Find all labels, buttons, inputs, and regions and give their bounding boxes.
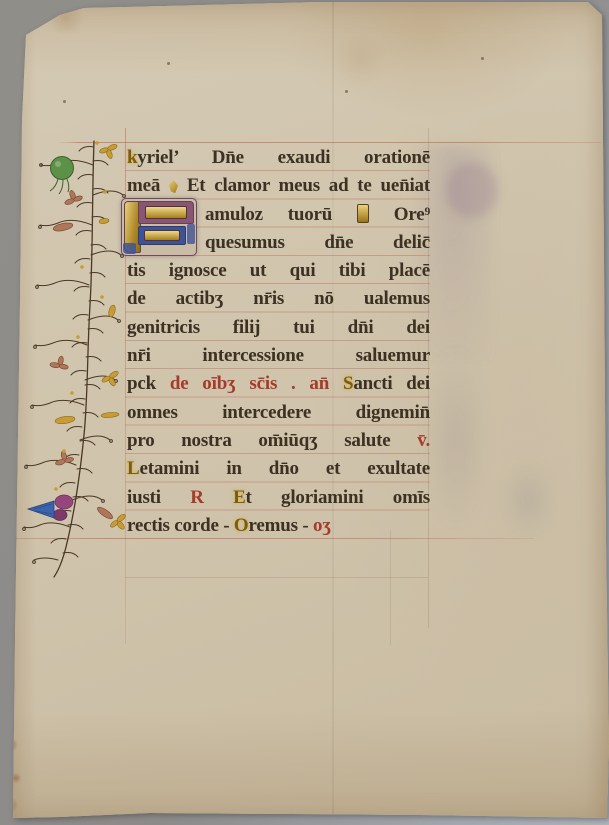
text-segment: Ore⁹ xyxy=(369,204,430,225)
blue-flower-icon xyxy=(28,495,73,521)
initial-gold-bar xyxy=(144,230,180,241)
text-segment: de actibʒ nr̄is nō ualemus xyxy=(127,288,430,309)
text-segment: remus - xyxy=(249,515,314,536)
initial-gold-bar xyxy=(145,206,187,219)
text-block: kyriel’ Dn̄e exaudi orationē meā Et clam… xyxy=(127,144,430,540)
rubric-segment: de oībʒ sc̄is . an̄ xyxy=(170,373,343,394)
verso-showthrough xyxy=(446,162,498,218)
decorated-letter: O xyxy=(234,515,249,536)
text-line: rectis corde - Oremus - oʒ xyxy=(127,512,430,540)
text-line: tis ignosce ut qui tibi placē xyxy=(127,257,430,285)
text-segment: nr̄i intercessione saluemur xyxy=(127,345,430,366)
green-berry-icon xyxy=(50,157,74,195)
stain-speck xyxy=(345,90,348,93)
text-segment: Et clamor meus ad te uen̄iat xyxy=(178,175,430,196)
vine-curl-tips xyxy=(23,164,126,564)
ruling-line-faint xyxy=(125,577,428,578)
text-segment: tis ignosce ut qui tibi placē xyxy=(127,260,430,281)
text-segment: ancti dei xyxy=(353,373,430,394)
stain-speck xyxy=(63,100,66,103)
rubric-abbreviation: oʒ xyxy=(313,515,331,536)
decorated-letter: S xyxy=(343,373,353,394)
ruling-line-vertical-lower xyxy=(390,530,391,645)
leaf-shadow-wrap: kyriel’ Dn̄e exaudi orationē meā Et clam… xyxy=(0,0,609,825)
text-segment: pck xyxy=(127,373,170,394)
text-line: omnes intercedere dignemin̄ xyxy=(127,399,430,427)
text-segment: omnes intercedere dignemin̄ xyxy=(127,402,430,423)
stain-speck xyxy=(167,62,170,65)
verso-showthrough xyxy=(502,462,554,536)
gold-linefiller-icon xyxy=(357,204,369,223)
text-segment: quesumus dn̄e delic̄ xyxy=(205,232,430,253)
text-line: pro nostra om̄iūqʒ salute v̄. xyxy=(127,427,430,455)
versicle-mark: v̄. xyxy=(417,430,430,451)
initial-blue-accent xyxy=(123,243,136,254)
illuminated-initial xyxy=(121,198,197,256)
text-segment: yriel’ Dn̄e exaudi orationē xyxy=(137,147,430,168)
text-line: genitricis filij tui dn̄i dei xyxy=(127,314,430,342)
text-segment: meā xyxy=(127,175,169,196)
text-segment: amuloz tuorū xyxy=(205,204,357,225)
text-segment: etamini in dn̄o et exultate xyxy=(139,458,430,479)
border-vine-decoration xyxy=(8,135,132,580)
text-line: Letamini in dn̄o et exultate xyxy=(127,455,430,483)
text-line: kyriel’ Dn̄e exaudi orationē xyxy=(127,144,430,172)
text-segment: genitricis filij tui dn̄i dei xyxy=(127,317,430,338)
initial-blue-accent xyxy=(187,224,195,244)
stain-speck xyxy=(481,57,484,60)
text-line: meā Et clamor meus ad te uen̄iat xyxy=(127,172,430,200)
ruling-line-top xyxy=(58,142,601,143)
text-segment: t gloriamini omīs xyxy=(246,487,430,508)
vine-chevrons-left xyxy=(51,147,94,544)
text-line: nr̄i intercessione saluemur xyxy=(127,342,430,370)
text-line: de actibʒ nr̄is nō ualemus xyxy=(127,285,430,313)
decorated-letter: k xyxy=(127,147,137,168)
decorated-letter: L xyxy=(127,458,139,479)
response-mark: R xyxy=(190,487,233,508)
text-line: pck de oībʒ sc̄is . an̄ Sancti dei xyxy=(127,370,430,398)
text-line: iusti R Et gloriamini omīs xyxy=(127,484,430,512)
text-segment: pro nostra om̄iūqʒ salute xyxy=(127,430,417,451)
text-segment: iusti xyxy=(127,487,190,508)
verso-showthrough xyxy=(425,350,487,525)
parchment-leaf: kyriel’ Dn̄e exaudi orationē meā Et clam… xyxy=(0,0,609,825)
pink-leaf-icon xyxy=(50,188,115,521)
decorated-letter: E xyxy=(233,487,245,508)
text-segment: rectis corde - xyxy=(127,515,234,536)
gold-paraph-icon xyxy=(169,180,178,193)
vine-tendrils-right xyxy=(72,191,123,500)
photo-background: kyriel’ Dn̄e exaudi orationē meā Et clam… xyxy=(0,0,609,825)
